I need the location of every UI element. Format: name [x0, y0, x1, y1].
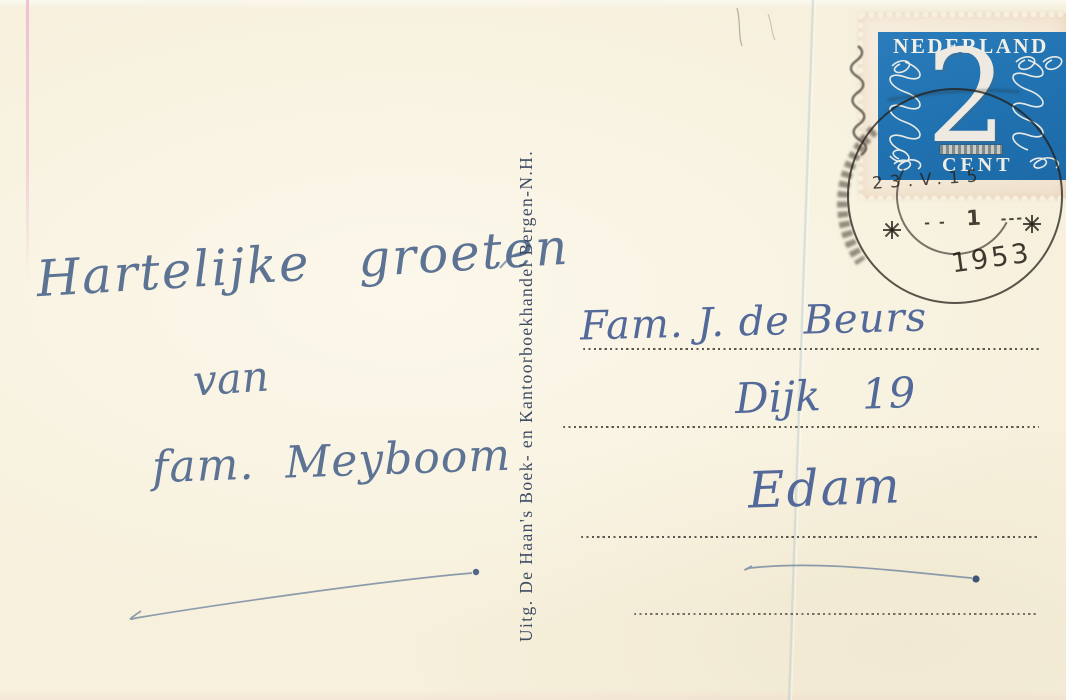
address-line-3: Edam — [747, 456, 903, 519]
postmark-star-icon — [882, 220, 902, 240]
postmark-year: 1953 — [949, 238, 1033, 280]
scan-pink-streak — [26, 0, 29, 280]
stamp-base-panel — [940, 145, 1002, 154]
publisher-imprint: Uitg. De Haan's Boek- en Kantoorboekhand… — [516, 97, 540, 642]
greeting-line-3: fam. Meyboom — [151, 430, 512, 493]
postmark-center-row: - - 1 --- — [923, 203, 1024, 232]
address-dotted-line-2 — [563, 426, 1039, 428]
postcard-back: Hartelijke groeten van fam. Meyboom Uitg… — [0, 0, 1066, 700]
scratch-mark — [768, 14, 775, 40]
scratch-mark — [737, 8, 742, 46]
address-dotted-line-4 — [634, 613, 1036, 615]
postmark-left-dashes: - - — [924, 214, 947, 231]
greeting-underline-flourish — [131, 573, 472, 619]
stamp-currency-label: CENT — [942, 154, 1014, 177]
address-dotted-line-1 — [583, 348, 1039, 350]
address-underline-flourish — [745, 565, 972, 578]
greeting-line-2: van — [191, 351, 270, 405]
address-line-2: Dijk 19 — [734, 368, 916, 423]
postmark-right-dashes: --- — [1000, 210, 1024, 227]
ink-blob — [972, 575, 979, 582]
ink-blob — [473, 569, 479, 575]
stamp-design: NEDERLAND 2 CENT — [878, 32, 1066, 180]
postmark-hour-index: 1 — [966, 206, 982, 231]
address-line-1: Fam. J. de Beurs — [579, 294, 927, 349]
greeting-line-1: Hartelijke groeten — [35, 218, 571, 308]
postmark-star-icon — [1022, 214, 1042, 234]
address-dotted-line-3 — [581, 536, 1039, 538]
postage-stamp: NEDERLAND 2 CENT — [860, 14, 1066, 198]
